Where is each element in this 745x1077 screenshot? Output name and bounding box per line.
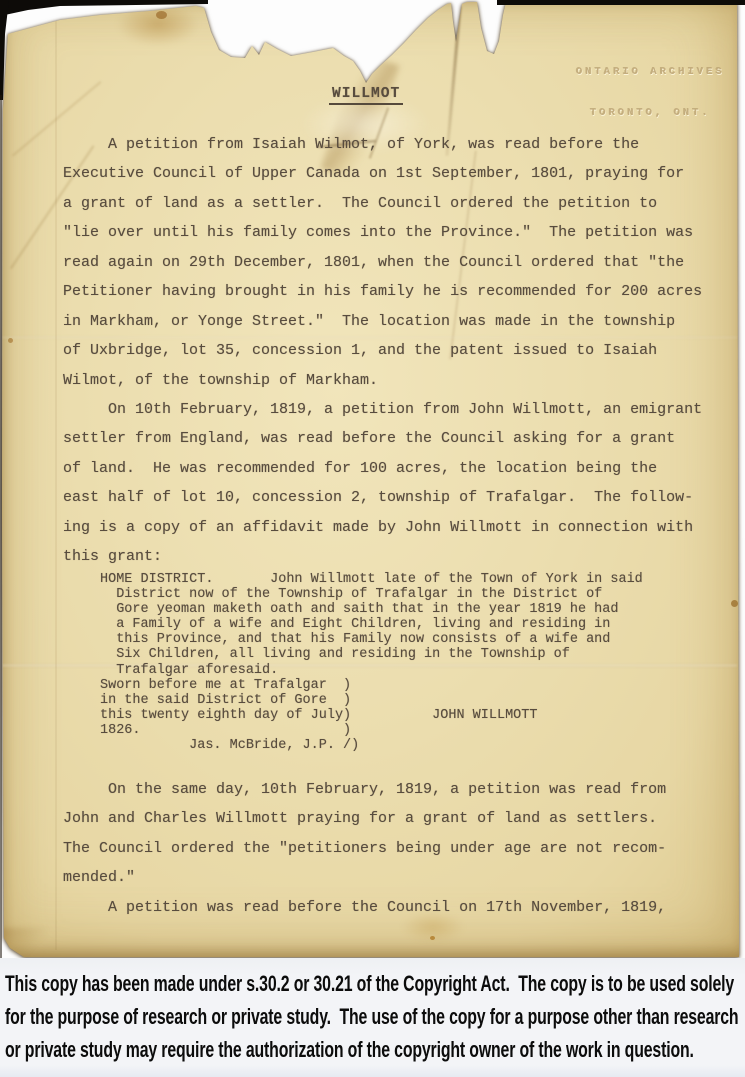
text-line: "lie over until his family comes into th… [63,218,723,247]
paper-sheet: ONTARIO ARCHIVES TORONTO, ONT. WILLMOT A… [0,0,745,958]
text-line: On the same day, 10th February, 1819, a … [63,775,723,804]
text-line: mended." [63,863,723,892]
text-line: settler from England, was read before th… [63,424,723,453]
text-line: District now of the Township of Trafalga… [100,587,720,602]
speck [8,338,13,343]
scan-edge-top-right [497,0,745,5]
tear-edge-spot [426,6,432,11]
vertical-fold [55,20,57,950]
text-line: John and Charles Willmott praying for a … [63,804,723,833]
rust-spot [156,11,167,19]
stain-top-left [116,2,200,46]
text-line: this twenty eighth day of July) JOHN WIL… [100,708,720,723]
text-line: Sworn before me at Trafalgar ) [100,678,720,693]
speck [731,600,738,607]
copyright-notice: This copy has been made under s.30.2 or … [0,958,745,1077]
text-line: A petition was read before the Council o… [63,893,723,922]
text-line: in the said District of Gore ) [100,693,720,708]
body-paragraphs-bottom: On the same day, 10th February, 1819, a … [63,775,723,922]
tear-edge-spot [317,1,322,6]
document-title: WILLMOT [329,86,403,105]
scanned-page: ONTARIO ARCHIVES TORONTO, ONT. WILLMOT A… [0,0,745,1077]
text-line: Petitioner having brought in his family … [63,277,723,306]
text-line: HOME DISTRICT. John Willmott late of the… [100,572,720,587]
text-line: of Uxbridge, lot 35, concession 1, and t… [63,336,723,365]
text-line: a grant of land as a settler. The Counci… [63,189,723,218]
text-line: Jas. McBride, J.P. /) [100,738,720,753]
copyright-notice-line: or private study may require the authori… [5,1033,745,1066]
text-line: east half of lot 10, concession 2, towns… [63,483,723,512]
text-line: ing is a copy of an affidavit made by Jo… [63,513,723,542]
archive-stamp-line2: TORONTO, ONT. [590,107,725,119]
text-line: Trafalgar aforesaid. [100,663,720,678]
text-line: of land. He was recommended for 100 acre… [63,454,723,483]
text-line: Executive Council of Upper Canada on 1st… [63,159,723,188]
archive-stamp-line1: ONTARIO ARCHIVES [576,66,725,78]
text-line: this grant: [63,542,723,571]
text-line: Wilmot, of the township of Markham. [63,366,723,395]
text-line: this Province, and that his Family now c… [100,632,720,647]
text-line: 1826. ) [100,723,720,738]
text-line: read again on 29th December, 1801, when … [63,248,723,277]
archive-stamp: ONTARIO ARCHIVES TORONTO, ONT. [576,42,725,143]
text-line: On 10th February, 1819, a petition from … [63,395,723,424]
affidavit-block: HOME DISTRICT. John Willmott late of the… [100,572,720,753]
bottom-left-fold [0,928,46,958]
paper-shadow-wrap: ONTARIO ARCHIVES TORONTO, ONT. WILLMOT A… [0,0,745,958]
speck [430,936,435,940]
scan-edge-left-hairline [0,95,2,958]
text-line: a Family of a wife and Eight Children, l… [100,617,720,632]
text-line: A petition from Isaiah Wilmot, of York, … [63,130,723,159]
copyright-notice-line: for the purpose of research or private s… [5,1000,745,1033]
text-line: in Markham, or Yonge Street." The locati… [63,307,723,336]
text-line: Six Children, all living and residing in… [100,647,720,662]
text-line: The Council ordered the "petitioners bei… [63,834,723,863]
body-paragraphs-top: A petition from Isaiah Wilmot, of York, … [63,130,723,572]
copyright-notice-line: This copy has been made under s.30.2 or … [5,967,745,1000]
tear-edge-spot [303,3,309,9]
text-line: Gore yeoman maketh oath and saith that i… [100,602,720,617]
